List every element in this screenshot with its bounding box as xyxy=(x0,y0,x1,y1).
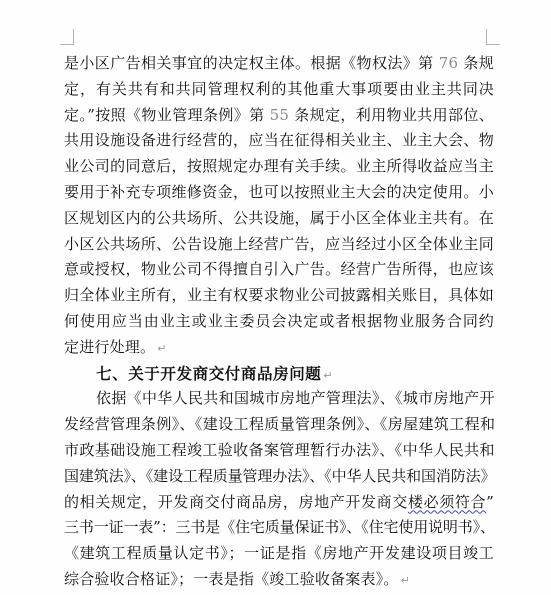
text-line: 定，有关共有和共同管理权利的其他重大事项要由业主共同决 xyxy=(64,77,494,103)
text-boundary-mark-top-left-icon xyxy=(60,29,74,45)
text-line: 《建筑工程质量认定书》；一证是指《房地产开发建设项目竣工 xyxy=(64,541,494,567)
text-line: 三书一证一表”：三书是《住宅质量保证书》、《住宅使用说明书》、 xyxy=(64,515,494,541)
line-text: 综合验收合格证》；一表是指《竣工验收备案表》。 xyxy=(64,570,399,588)
text-line: 依据《中华人民共和国城市房地产管理法》、《城市房地产开 xyxy=(64,386,494,412)
document-body: 是小区广告相关事宜的决定权主体。根据《物权法》第 76 条规 定，有关共有和共同… xyxy=(64,51,494,593)
section-heading-text: 七、关于开发商交付商品房问题 xyxy=(96,364,321,383)
section-heading: 七、关于开发商交付商品房问题↵ xyxy=(64,361,494,387)
text-line: 归全体业主所有，业主有权要求物业公司披露相关账目，具体如 xyxy=(64,283,494,309)
text-line: 共用设施设备进行经营的，应当在征得相关业主、业主大会、物 xyxy=(64,128,494,154)
text-line: 定进行处理。↵ xyxy=(64,335,494,361)
line-text: 条规定，利用物业共用部位、 xyxy=(289,106,494,124)
text-line: 何使用应当由业主或业主委员会决定或者根据物业服务合同约 xyxy=(64,309,494,335)
line-text: 的相关规定，开发商交付商品房，房地产开发商交 xyxy=(64,493,408,511)
text-line: 意或授权，物业公司不得擅自引入广告。经营广告所得，也应该 xyxy=(64,257,494,283)
article-number: 76 xyxy=(439,54,459,72)
document-page: 是小区广告相关事宜的决定权主体。根据《物权法》第 76 条规 定，有关共有和共同… xyxy=(0,0,551,595)
line-text: 是小区广告相关事宜的决定权主体。根据《物权法》第 xyxy=(64,54,439,72)
line-text: ” xyxy=(486,493,494,511)
paragraph-mark-icon: ↵ xyxy=(323,369,332,382)
text-line: 是小区广告相关事宜的决定权主体。根据《物权法》第 76 条规 xyxy=(64,51,494,77)
paragraph-mark-icon: ↵ xyxy=(401,574,410,587)
text-line: 定。”按照《物业管理条例》第 55 条规定，利用物业共用部位、 xyxy=(64,103,494,129)
text-line: 要用于补充专项维修资金，也可以按照业主大会的决定使用。小 xyxy=(64,180,494,206)
text-line: 发经营管理条例》、《建设工程质量管理条例》、《房屋建筑工程和 xyxy=(64,412,494,438)
text-line: 的相关规定，开发商交付商品房，房地产开发商交楼必须符合” xyxy=(64,490,494,516)
line-text: 定进行处理。 xyxy=(64,338,155,356)
line-text: 定。”按照《物业管理条例》第 xyxy=(64,106,270,124)
text-line: 区规划区内的公共场所、公共设施，属于小区全体业主共有。在 xyxy=(64,206,494,232)
text-line: 小区公共场所、公告设施上经营广告，应当经过小区全体业主同 xyxy=(64,232,494,258)
text-line: 市政基础设施工程竣工验收备案管理暂行办法》、《中华人民共和 xyxy=(64,438,494,464)
text-line: 业公司的同意后，按照规定办理有关手续。业主所得收益应当主 xyxy=(64,154,494,180)
text-line: 国建筑法》、《建设工程质量管理办法》、《中华人民共和国消防法》 xyxy=(64,464,494,490)
spellcheck-flagged-text: 楼必须符合 xyxy=(408,493,486,511)
text-boundary-mark-top-right-icon xyxy=(486,29,500,45)
article-number: 55 xyxy=(270,106,290,124)
paragraph-mark-icon: ↵ xyxy=(157,342,166,355)
text-line: 综合验收合格证》；一表是指《竣工验收备案表》。↵ xyxy=(64,567,494,593)
line-text: 条规 xyxy=(458,54,494,72)
